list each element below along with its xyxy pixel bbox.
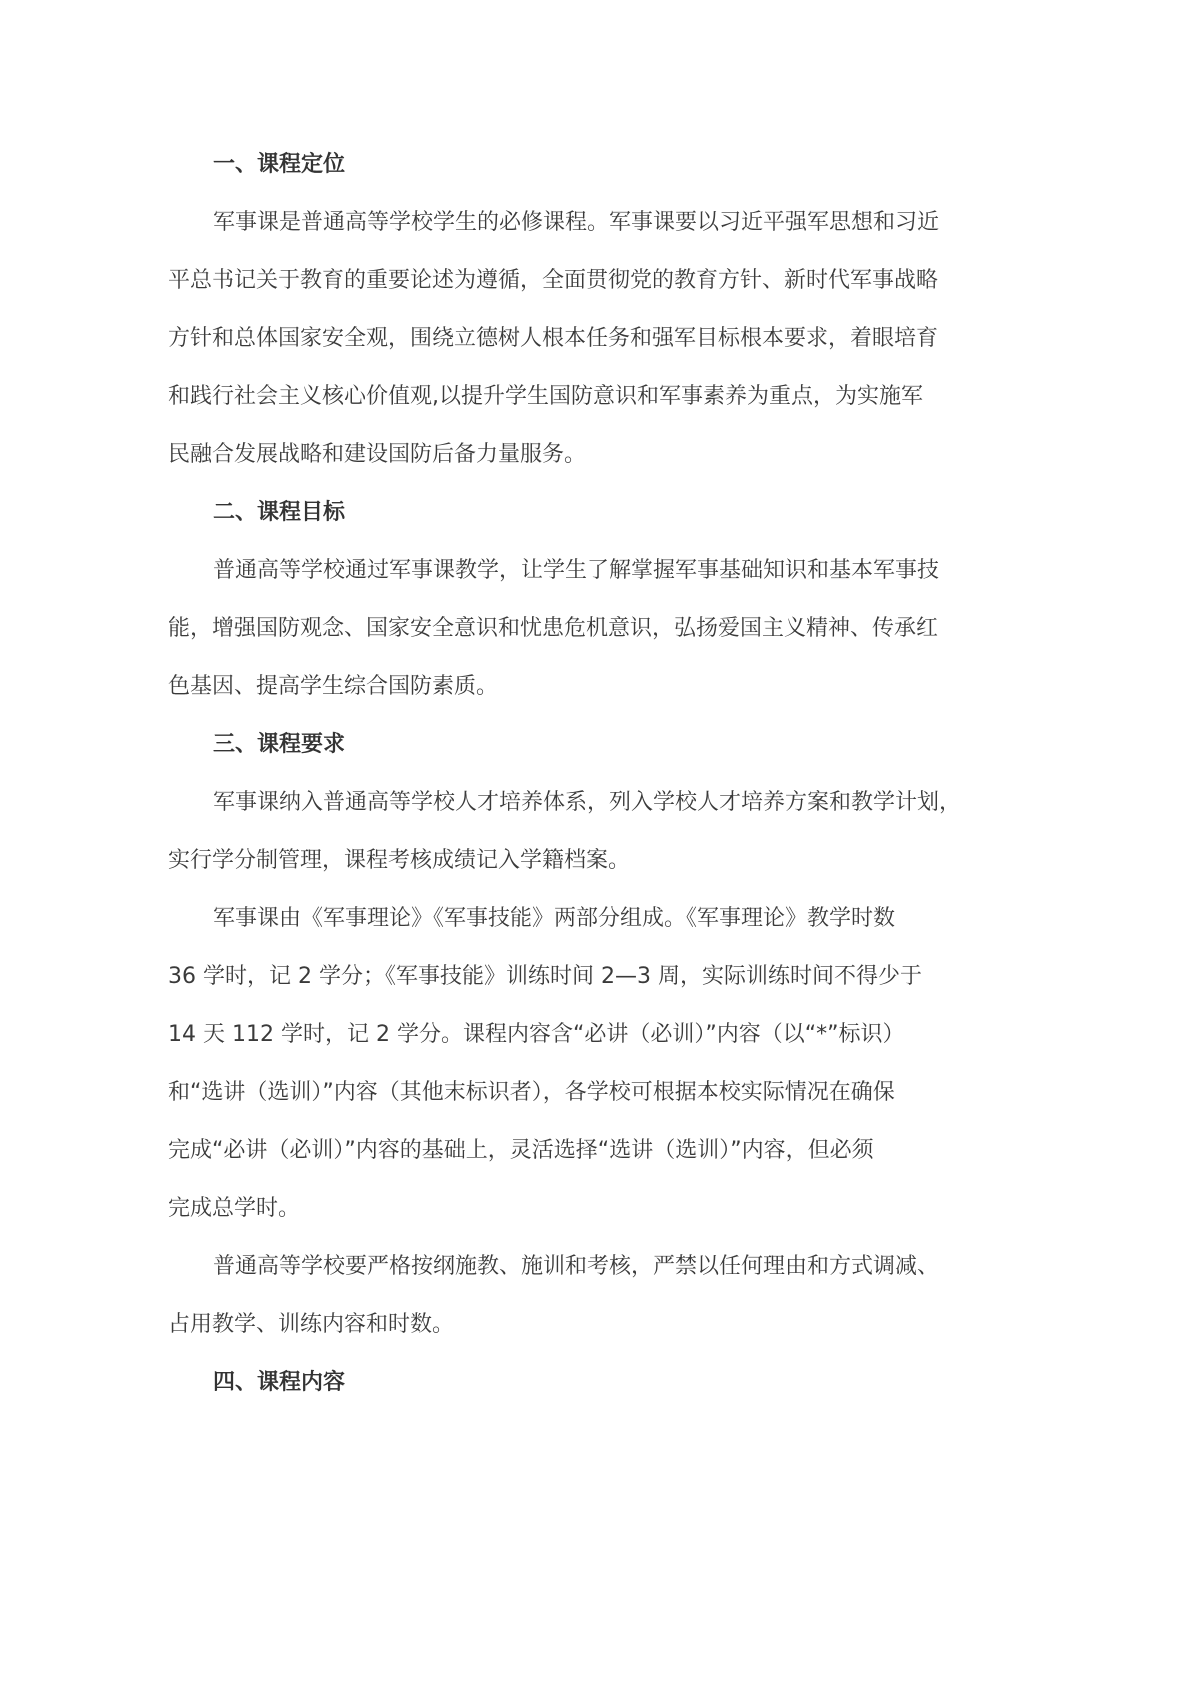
heading-course-content: 四、课程内容 (213, 1368, 345, 1398)
paragraph-line: 36 学时，记 2 学分；《军事技能》训练时间 2—3 周，实际训练时间不得少于 (168, 962, 922, 992)
paragraph-line: 军事课由《军事理论》《军事技能》两部分组成。《军事理论》教学时数 (213, 904, 895, 934)
heading-course-positioning: 一、课程定位 (213, 150, 345, 180)
paragraph-line: 军事课纳入普通高等学校人才培养体系，列入学校人才培养方案和教学计划， (213, 788, 961, 818)
paragraph-line: 军事课是普通高等学校学生的必修课程。军事课要以习近平强军思想和习近 (213, 208, 939, 238)
paragraph-line: 能，增强国防观念、国家安全意识和忧患危机意识，弘扬爱国主义精神、传承红 (168, 614, 938, 644)
paragraph-line: 和“选讲（选训）”内容（其他末标识者），各学校可根据本校实际情况在确保 (168, 1078, 895, 1108)
paragraph-line: 平总书记关于教育的重要论述为遵循，全面贯彻党的教育方针、新时代军事战略 (168, 266, 938, 296)
paragraph-line: 完成总学时。 (168, 1194, 300, 1224)
paragraph-line: 完成“必讲（必训）”内容的基础上，灵活选择“选讲（选训）”内容，但必须 (168, 1136, 874, 1166)
paragraph-line: 色基因、提高学生综合国防素质。 (168, 672, 498, 702)
paragraph-line: 和践行社会主义核心价值观,以提升学生国防意识和军事素养为重点，为实施军 (168, 382, 923, 412)
paragraph-line: 普通高等学校要严格按纲施教、施训和考核，严禁以任何理由和方式调减、 (213, 1252, 939, 1282)
paragraph-line: 方针和总体国家安全观，围绕立德树人根本任务和强军目标根本要求，着眼培育 (168, 324, 938, 354)
heading-course-goals: 二、课程目标 (213, 498, 345, 528)
paragraph-line: 占用教学、训练内容和时数。 (168, 1310, 454, 1340)
heading-course-requirements: 三、课程要求 (213, 730, 345, 760)
paragraph-line: 普通高等学校通过军事课教学，让学生了解掌握军事基础知识和基本军事技 (213, 556, 939, 586)
paragraph-line: 民融合发展战略和建设国防后备力量服务。 (168, 440, 586, 470)
paragraph-line: 实行学分制管理，课程考核成绩记入学籍档案。 (168, 846, 630, 876)
paragraph-line: 14 天 112 学时，记 2 学分。课程内容含“必讲（必训）”内容（以“*”标… (168, 1020, 905, 1050)
